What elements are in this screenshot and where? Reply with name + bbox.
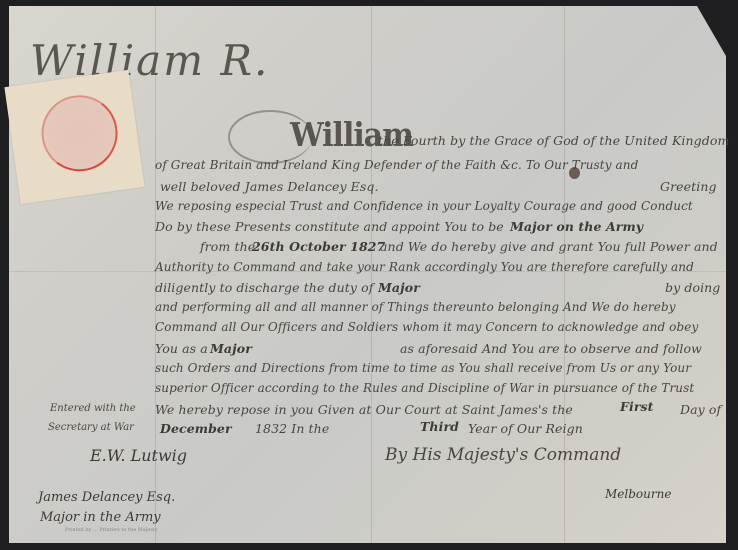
body-line: Year of Our Reign — [468, 421, 583, 436]
body-line: such Orders and Directions from time to … — [155, 361, 691, 375]
date-from: 26th October 1827 — [252, 239, 385, 254]
body-line: We hereby repose in you Given at Our Cou… — [155, 402, 573, 417]
body-line: Day of — [680, 402, 721, 417]
body-line: and We do hereby give and grant You full… — [380, 239, 718, 254]
as-a-rank: Major — [210, 341, 252, 356]
body-line: the Fourth by the Grace of God of the Un… — [378, 133, 729, 148]
body-line: We reposing especial Trust and Confidenc… — [155, 199, 693, 213]
body-line: by doing — [665, 280, 720, 295]
given-day: First — [620, 399, 654, 414]
fold-line — [371, 6, 372, 543]
body-line: and performing all and all manner of Thi… — [155, 300, 676, 314]
body-line: diligently to discharge the duty of — [155, 280, 374, 295]
seal-icon — [37, 90, 123, 176]
countersignature: Melbourne — [605, 487, 671, 501]
year-of-reign: Third — [420, 419, 459, 434]
duty-of: Major — [378, 280, 420, 295]
seal-paper — [4, 70, 144, 204]
printer-note: Printed by ... Printers to the Majesty — [65, 527, 158, 533]
body-line: You as a — [155, 341, 208, 356]
endorsement-name: James Delancey Esq. — [38, 490, 175, 505]
body-line: superior Officer according to the Rules … — [155, 381, 694, 395]
body-line: well beloved James Delancey Esq. — [160, 179, 379, 194]
given-month: December — [160, 421, 232, 436]
body-line: of Great Britain and Ireland King Defend… — [155, 158, 638, 172]
body-line: 1832 In the — [255, 421, 329, 436]
body-line: Greeting — [660, 179, 717, 194]
rank-appointment: Major on the Army — [510, 219, 643, 234]
body-line: Authority to Command and take your Rank … — [155, 260, 694, 274]
body-line: Command all Our Officers and Soldiers wh… — [155, 320, 698, 334]
endorsement-rank: Major in the Army — [40, 510, 161, 525]
body-line: as aforesaid And You are to observe and … — [400, 341, 702, 356]
secretary-signature: E.W. Lutwig — [90, 446, 187, 465]
entered-note: Entered with the — [50, 403, 136, 414]
body-line: from the — [200, 239, 255, 254]
entered-note: Secretary at War — [48, 422, 134, 433]
body-line: Do by these Presents constitute and appo… — [155, 219, 504, 234]
command-line: By His Majesty's Command — [385, 445, 621, 465]
